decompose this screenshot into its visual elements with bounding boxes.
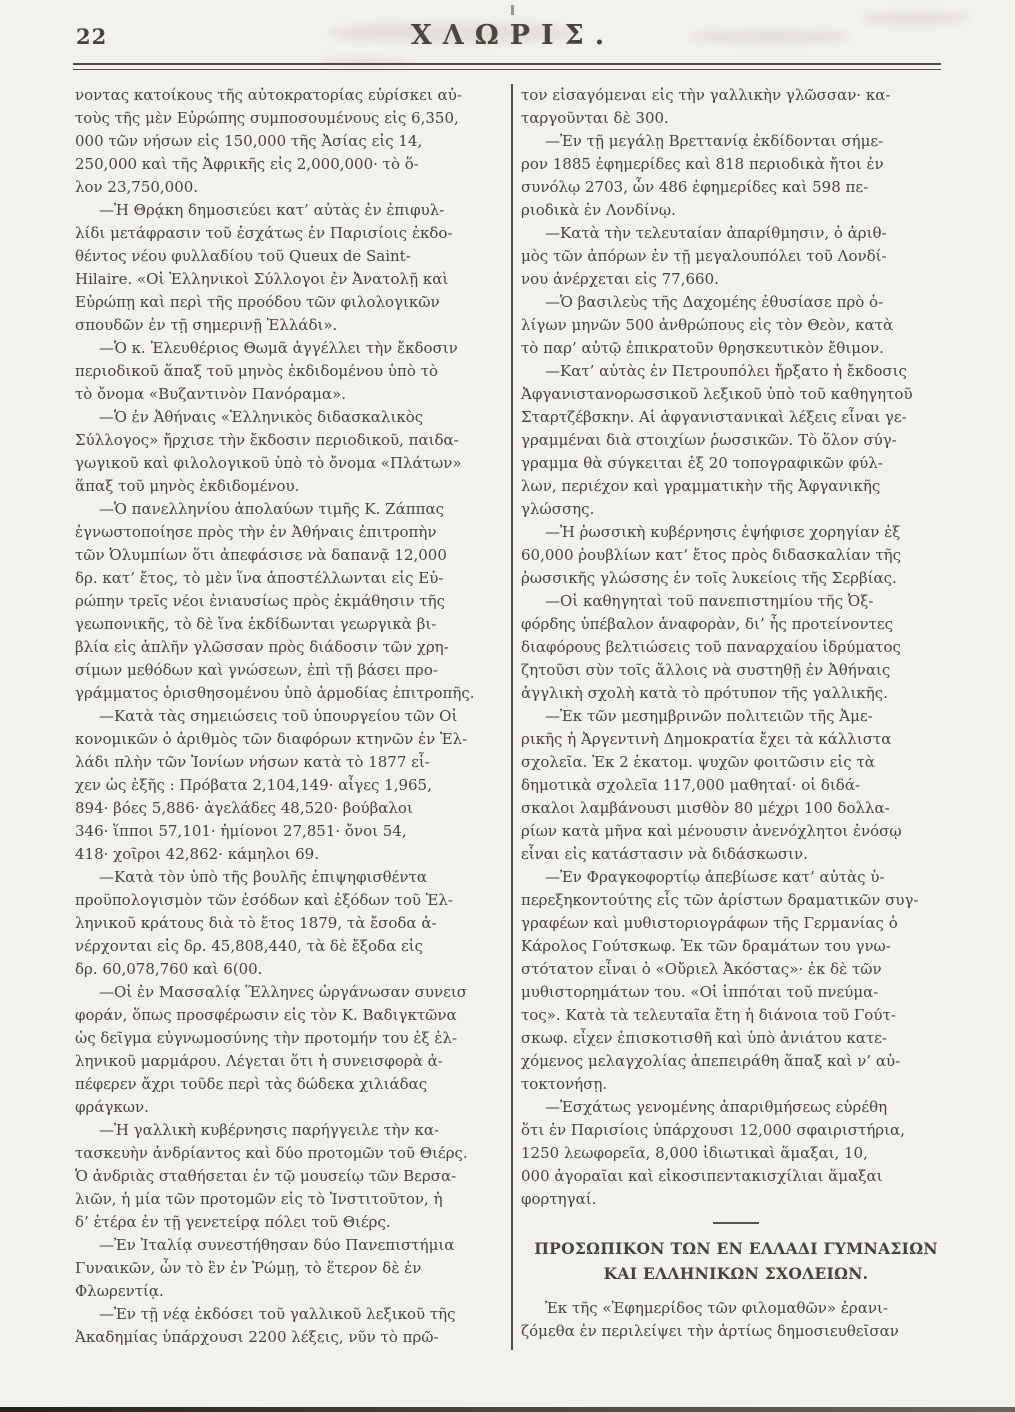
left-column: νοντας κατοίκους τῆς αὐτοκρατορίας εὑρίσ… — [75, 84, 505, 1350]
news-item: —Ἡ γαλλικὴ κυβέρνησις παρήγγειλε τὴν κα-… — [75, 1119, 505, 1234]
news-item: —Ἡ ῥωσσικὴ κυβέρνησις ἐψήφισε χορηγίαν ἐ… — [521, 521, 951, 590]
section-separator-rule — [713, 1222, 759, 1224]
page-body: νοντας κατοίκους τῆς αὐτοκρατορίας εὑρίσ… — [75, 84, 951, 1350]
news-item: νοντας κατοίκους τῆς αὐτοκρατορίας εὑρίσ… — [75, 84, 505, 199]
section-intro-paragraph: Ἐκ τῆς «Ἐφημερίδος τῶν φιλομαθῶν» ἐρανι-… — [521, 1297, 951, 1343]
news-item: —Ἐν Ἰταλίᾳ συνεστήθησαν δύο Πανεπιστήμια… — [75, 1234, 505, 1303]
news-item: —Κατὰ τὴν τελευταίαν ἀπαρίθμησιν, ὁ ἀριθ… — [521, 222, 951, 291]
news-item: —Κατ’ αὐτὰς ἐν Πετρουπόλει ἤρξατο ἡ ἔκδο… — [521, 360, 951, 521]
masthead-title: ΧΛΩΡΙΣ. — [0, 20, 1015, 51]
news-item: —Κατὰ τὰς σημειώσεις τοῦ ὑπουργείου τῶν … — [75, 705, 505, 866]
news-item: —Ἡ Θρᾴκη δημοσιεύει κατ’ αὐτὰς ἐν ἐπιφυλ… — [75, 199, 505, 337]
right-column: τον εἰσαγόμεναι εἰς τὴν γαλλικὴν γλῶσσαν… — [521, 84, 951, 1350]
section-heading: ΠΡΟΣΩΠΙΚΟΝ ΤΩΝ ΕΝ ΕΛΛΑΔΙ ΓΥΜΝΑΣΙΩΝ ΚΑΙ Ε… — [521, 1236, 951, 1286]
news-item: —Ὁ βασιλεὺς τῆς Δαχομέης ἐθυσίασε πρὸ ὀ-… — [521, 291, 951, 360]
news-item: —Οἱ ἐν Μασσαλίᾳ Ἕλληνες ὠργάνωσαν συνεισ… — [75, 981, 505, 1119]
news-item: —Ἐσχάτως γενομένης ἀπαριθμήσεως εὑρέθη ὅ… — [521, 1096, 951, 1211]
news-item: —Κατὰ τὸν ὑπὸ τῆς βουλῆς ἐπιψηφισθέντα π… — [75, 866, 505, 981]
column-divider-rule — [511, 84, 513, 1350]
newspaper-page: 22 ΧΛΩΡΙΣ. νοντας κατοίκους τῆς αὐτοκρατ… — [0, 0, 1015, 1412]
news-item: —Ἐν Φραγκοφορτίῳ ἀπεβίωσε κατ’ αὐτὰς ὑ- … — [521, 866, 951, 1096]
news-item: —Ὁ πανελληνίου ἀπολαύων τιμῆς Κ. Ζάππας … — [75, 498, 505, 705]
news-item: —Ἐκ τῶν μεσημβρινῶν πολιτειῶν τῆς Ἀμε- ρ… — [521, 705, 951, 866]
news-item: —Ὁ ἐν Ἀθήναις «Ἑλληνικὸς διδασκαλικὸς Σύ… — [75, 406, 505, 498]
header-double-rule — [73, 63, 941, 70]
scan-mark — [511, 5, 514, 15]
news-item: —Ὁ κ. Ἐλευθέριος Θωμᾶ ἀγγέλλει τὴν ἔκδοσ… — [75, 337, 505, 406]
news-item: —Οἱ καθηγηταὶ τοῦ πανεπιστημίου τῆς Ὀξ- … — [521, 590, 951, 705]
news-item: τον εἰσαγόμεναι εἰς τὴν γαλλικὴν γλῶσσαν… — [521, 84, 951, 130]
news-item: —Ἐν τῇ μεγάλῃ Βρεττανίᾳ ἐκδίδονται σήμε-… — [521, 130, 951, 222]
scan-bottom-edge — [0, 1407, 1015, 1412]
news-item: —Ἐν τῇ νέᾳ ἐκδόσει τοῦ γαλλικοῦ λεξικοῦ … — [75, 1303, 505, 1349]
